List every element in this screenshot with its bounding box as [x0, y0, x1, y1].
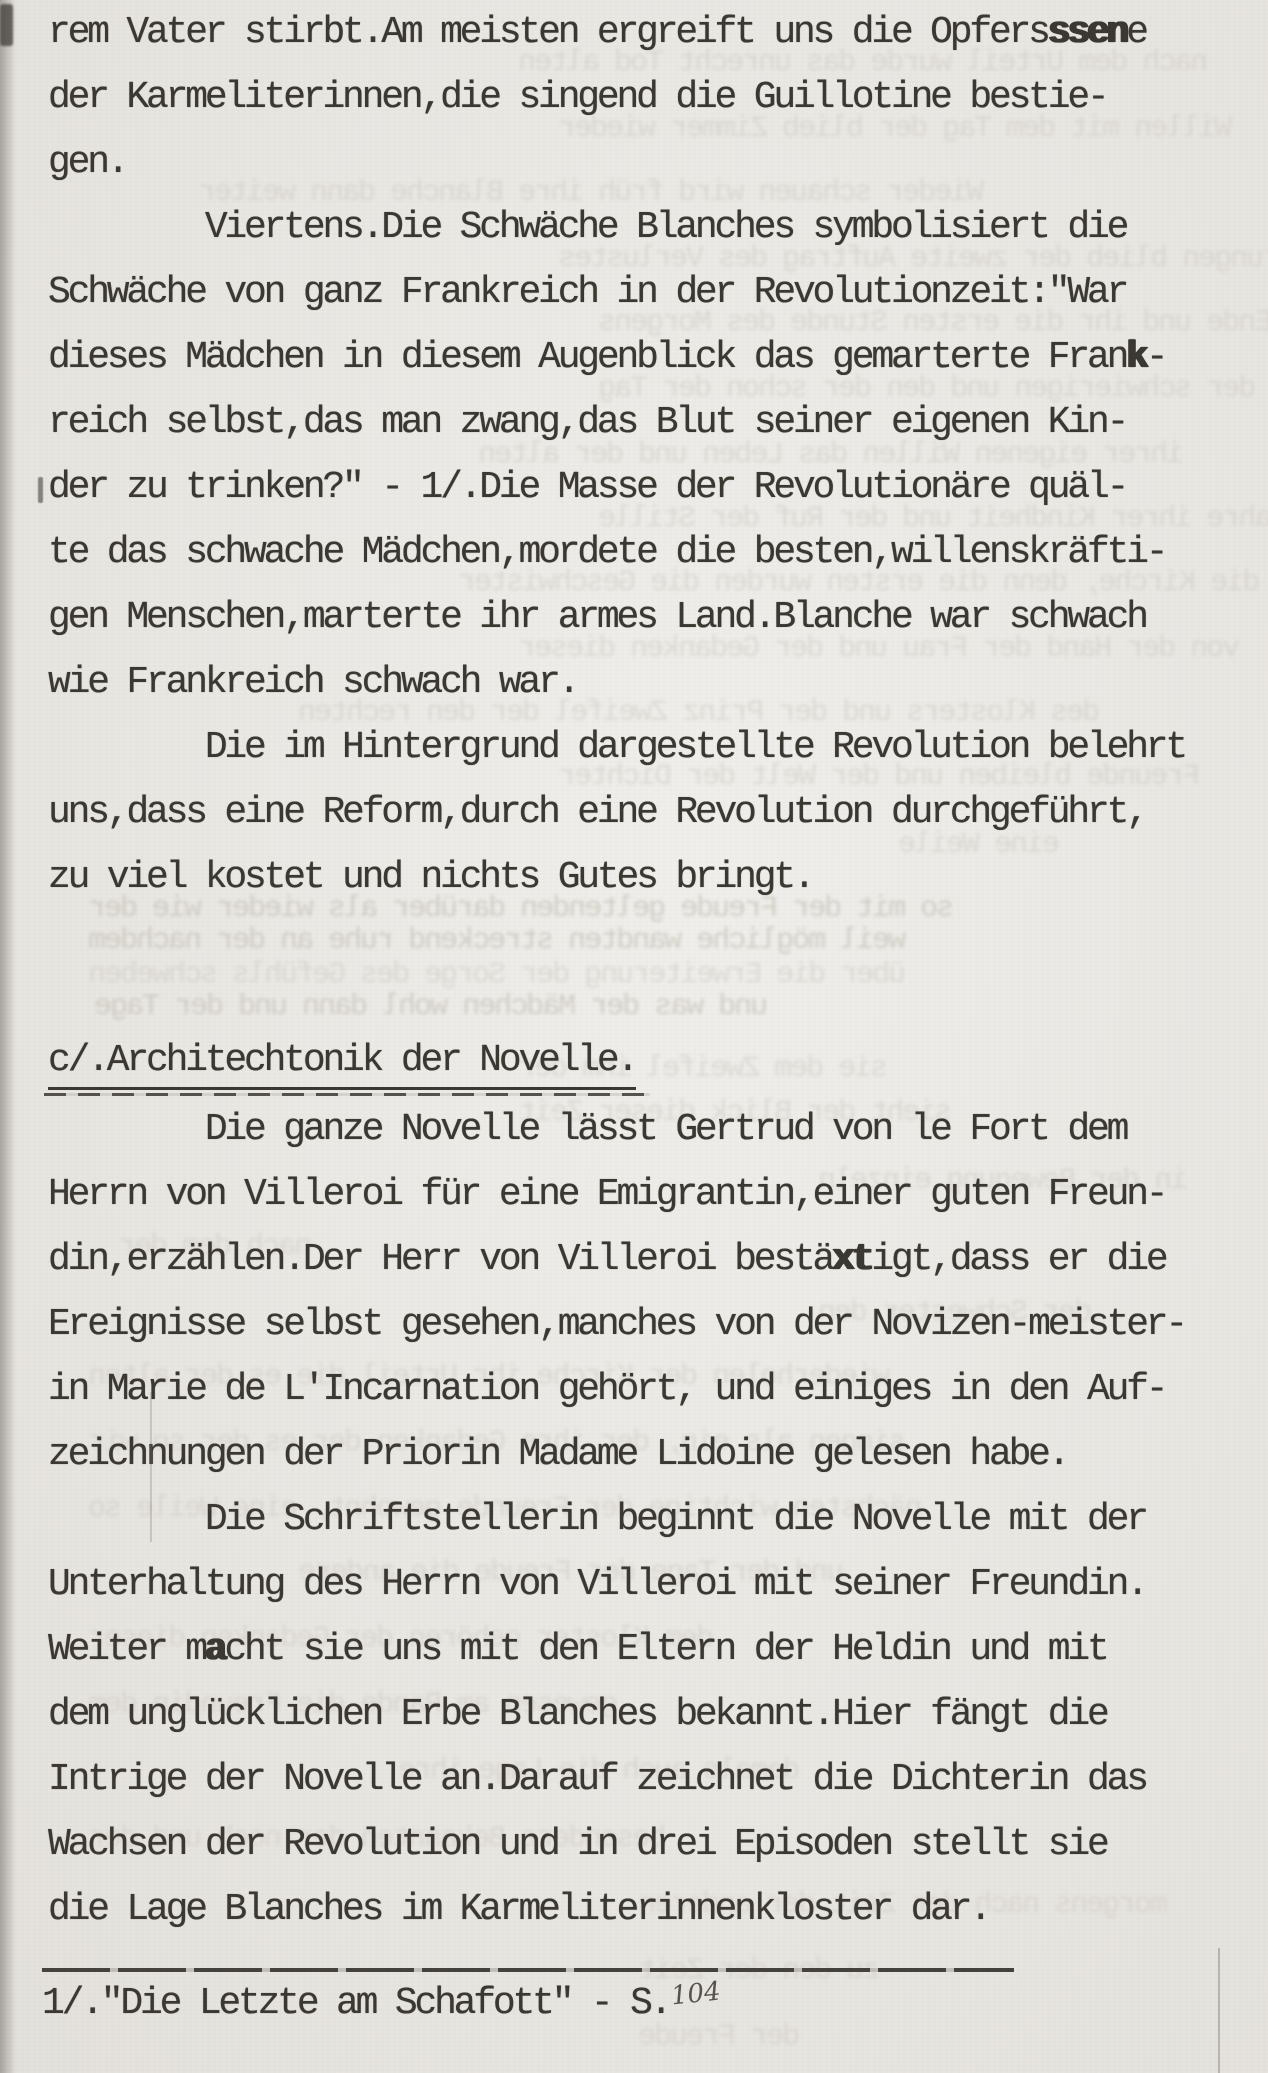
text-line: Intrige der Novelle an.Darauf zeichnet d…	[48, 1747, 1268, 1812]
text-line: Die im Hintergrund dargestellte Revoluti…	[48, 715, 1268, 780]
footnote-text: 1/."Die Letzte am Schafott" - S.	[42, 1982, 669, 2025]
section-gap	[48, 910, 1268, 1032]
text-line: dieses Mädchen in diesem Augenblick das …	[48, 325, 1268, 390]
text-line: Wachsen der Revolution und in drei Episo…	[48, 1812, 1268, 1877]
text-line: in Marie de L'Incarnation gehört, und ei…	[48, 1357, 1268, 1422]
text-line: Die ganze Novelle lässt Gertrud von le F…	[48, 1097, 1268, 1162]
text-line: gen.	[48, 130, 1268, 195]
text-line: reich selbst,das man zwang,das Blut sein…	[48, 390, 1268, 455]
text-line: Die Schriftstellerin beginnt die Novelle…	[48, 1487, 1268, 1552]
text-line: dem unglücklichen Erbe Blanches bekannt.…	[48, 1682, 1268, 1747]
typewritten-manuscript-page: nach dem Urteil wurde das unrecht Tod al…	[0, 0, 1268, 2073]
text-line: Viertens.Die Schwäche Blanches symbolisi…	[48, 195, 1268, 260]
text-line: zu viel kostet und nichts Gutes bringt.	[48, 845, 1268, 910]
text-line: zeichnungen der Priorin Madame Lidoine g…	[48, 1422, 1268, 1487]
text-line: Schwäche von ganz Frankreich in der Revo…	[48, 260, 1268, 325]
section-heading: c/.Architechtonik der Novelle.	[48, 1032, 1268, 1097]
text-line: wie Frankreich schwach war.	[48, 650, 1268, 715]
text-line: te das schwache Mädchen,mordete die best…	[48, 520, 1268, 585]
paragraph-block-1: rem Vater stirbt.Am meisten ergreift uns…	[48, 0, 1268, 910]
text-line: Ereignisse selbst gesehen,manches von de…	[48, 1292, 1268, 1357]
text-line: din,erzählen.Der Herr von Villeroi bestä…	[48, 1227, 1268, 1292]
text-line: der zu trinken?" - 1/.Die Masse der Revo…	[48, 455, 1268, 520]
text-line: gen Menschen,marterte ihr armes Land.Bla…	[48, 585, 1268, 650]
page-content: rem Vater stirbt.Am meisten ergreift uns…	[0, 0, 1268, 2073]
text-line: uns,dass eine Reform,durch eine Revoluti…	[48, 780, 1268, 845]
section-heading-text: c/.Architechtonik der Novelle.	[48, 1039, 636, 1090]
text-line: Herrn von Villeroi für eine Emigrantin,e…	[48, 1162, 1268, 1227]
text-line: der Karmeliterinnen,die singend die Guil…	[48, 65, 1268, 130]
handwritten-page-number: 104	[670, 1976, 723, 2011]
footnote: 1/."Die Letzte am Schafott" - S. 104	[42, 1972, 1268, 2034]
text-line: rem Vater stirbt.Am meisten ergreift uns…	[48, 0, 1268, 65]
text-line: Weiter macht sie uns mit den Eltern der …	[48, 1617, 1268, 1682]
text-line: die Lage Blanches im Karmeliterinnenklos…	[48, 1877, 1268, 1942]
text-line: Unterhaltung des Herrn von Villeroi mit …	[48, 1552, 1268, 1617]
paragraph-block-2: Die ganze Novelle lässt Gertrud von le F…	[48, 1097, 1268, 1942]
